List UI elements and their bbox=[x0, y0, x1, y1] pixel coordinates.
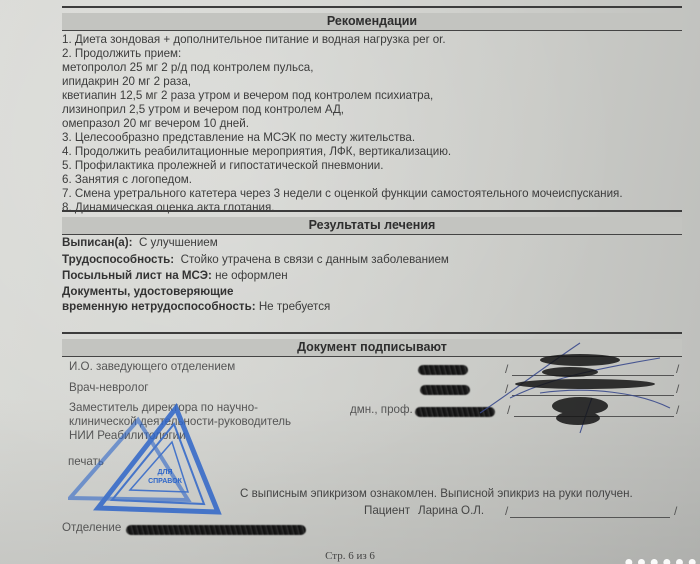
field-label: Трудоспособность: bbox=[62, 253, 174, 266]
recommendation-line: 3. Целесообразно представление на МСЭК п… bbox=[62, 131, 415, 145]
recommendation-line: кветиапин 12,5 мг 2 раза утром и вечером… bbox=[62, 89, 433, 103]
recommendation-line: лизиноприл 2,5 утром и вечером под контр… bbox=[62, 103, 344, 117]
field-label: временную нетрудоспособность: bbox=[62, 300, 256, 313]
redacted-name bbox=[418, 365, 468, 375]
signer-role: Врач-невролог bbox=[69, 381, 149, 394]
section-title-signatures: Документ подписывают bbox=[62, 339, 682, 356]
field-value: не оформлен bbox=[215, 269, 288, 282]
redacted-department bbox=[126, 525, 306, 535]
field-value: Не требуется bbox=[259, 300, 331, 313]
recommendation-line: 2. Продолжить прием: bbox=[62, 47, 181, 61]
patient-name: Ларина О.Л. bbox=[418, 504, 484, 517]
patient-signature-line bbox=[510, 505, 670, 518]
recommendation-line: омепразол 20 мг вечером 10 дней. bbox=[62, 117, 249, 131]
field-label: Выписан(а): bbox=[62, 236, 132, 249]
signer-role: И.О. заведующего отделением bbox=[69, 360, 235, 373]
field-work-capacity: Трудоспособность: Стойко утрачена в связ… bbox=[62, 253, 449, 267]
slash: / bbox=[676, 362, 679, 376]
section-rule bbox=[62, 234, 682, 235]
slash: / bbox=[505, 362, 508, 376]
section-rule bbox=[62, 356, 682, 357]
signer-prefix: дмн., проф. bbox=[350, 403, 413, 416]
field-label: Посыльный лист на МСЭ: bbox=[62, 269, 212, 282]
document-page: Рекомендации 1. Диета зондовая + дополни… bbox=[0, 0, 700, 564]
slash: / bbox=[505, 504, 508, 518]
redacted-name bbox=[415, 407, 495, 417]
slash: / bbox=[505, 382, 508, 396]
signature-line bbox=[512, 363, 674, 376]
section-title-recommendations: Рекомендации bbox=[62, 13, 682, 30]
slash: / bbox=[676, 382, 679, 396]
field-value: Стойко утрачена в связи с данным заболев… bbox=[181, 253, 449, 266]
recommendation-line: 4. Продолжить реабилитационные мероприят… bbox=[62, 145, 451, 159]
slash: / bbox=[674, 504, 677, 518]
signature-line bbox=[514, 404, 674, 417]
signature-line bbox=[512, 383, 674, 396]
page-number: Стр. 6 из 6 bbox=[0, 550, 700, 562]
recommendation-line: 5. Профилактика пролежней и гипостатичес… bbox=[62, 159, 384, 173]
signer-role-multiline: Заместитель директора по научно- клиниче… bbox=[69, 401, 291, 443]
signer-role-line: клинической деятельности-руководитель bbox=[69, 415, 291, 429]
signer-role-line: Заместитель директора по научно- bbox=[69, 401, 291, 415]
redacted-name bbox=[420, 385, 470, 395]
photo-timestamp-watermark: ●●●●●● bbox=[624, 554, 700, 564]
section-title-results: Результаты лечения bbox=[62, 217, 682, 234]
field-label: Документы, удостоверяющие bbox=[62, 285, 234, 298]
section-rule bbox=[62, 30, 682, 31]
stamp-text: СПРАВОК bbox=[148, 478, 183, 485]
recommendation-line: ипидакрин 20 мг 2 раза, bbox=[62, 75, 191, 89]
slash: / bbox=[676, 403, 679, 417]
field-value: С улучшением bbox=[139, 236, 218, 249]
field-discharged: Выписан(а): С улучшением bbox=[62, 236, 218, 250]
field-sick-leave-docs: Документы, удостоверяющие bbox=[62, 285, 234, 299]
department-label: Отделение bbox=[62, 521, 121, 534]
recommendation-line: метопролол 25 мг 2 р/д под контролем пул… bbox=[62, 61, 313, 75]
recommendation-line: 7. Смена уретрального катетера через 3 н… bbox=[62, 187, 623, 201]
acknowledgement-text: С выписным эпикризом ознакомлен. Выписно… bbox=[240, 487, 633, 500]
recommendation-line: 1. Диета зондовая + дополнительное питан… bbox=[62, 33, 446, 47]
signer-role-line: НИИ Реабилитологии bbox=[69, 429, 291, 443]
stamp-text: ДЛЯ bbox=[158, 469, 173, 476]
stamp-label: печать bbox=[68, 455, 104, 468]
patient-label: Пациент bbox=[364, 504, 410, 517]
field-sick-leave: временную нетрудоспособность: Не требует… bbox=[62, 300, 330, 314]
field-mse-referral: Посыльный лист на МСЭ: не оформлен bbox=[62, 269, 288, 283]
recommendation-line: 6. Занятия с логопедом. bbox=[62, 173, 192, 187]
slash: / bbox=[507, 403, 510, 417]
